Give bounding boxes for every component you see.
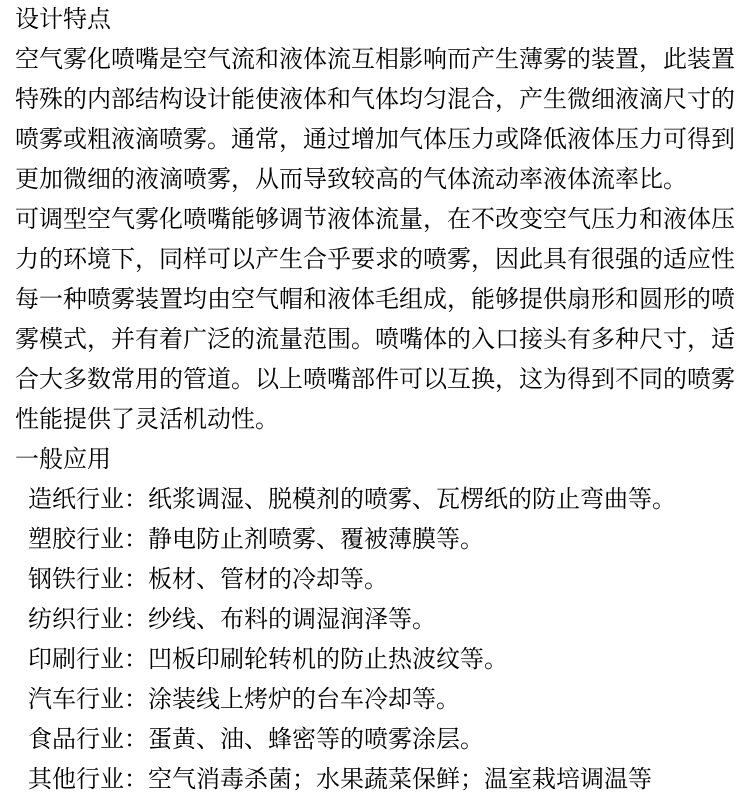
application-item-textile: 纺织行业：纱线、布料的调湿润泽等。 [15, 600, 740, 640]
heading-general-applications: 一般应用 [15, 440, 740, 480]
application-item-papermaking: 造纸行业：纸浆调湿、脱模剂的喷雾、瓦楞纸的防止弯曲等。 [15, 480, 740, 520]
paragraph-line: 每一种喷雾装置均由空气帽和液体毛组成，能够提供扇形和圆形的喷 [15, 280, 740, 320]
paragraph-line: 特殊的内部结构设计能使液体和气体均匀混合，产生微细液滴尺寸的 [15, 80, 740, 120]
application-item-automotive: 汽车行业：涂装线上烤炉的台车冷却等。 [15, 680, 740, 720]
application-item-food: 食品行业：蛋黄、油、蜂密等的喷雾涂层。 [15, 720, 740, 760]
application-item-plastics: 塑胶行业：静电防止剂喷雾、覆被薄膜等。 [15, 520, 740, 560]
document-body: 设计特点 空气雾化喷嘴是空气流和液体流互相影响而产生薄雾的装置，此装置 特殊的内… [0, 0, 750, 800]
paragraph-line: 力的环境下，同样可以产生合乎要求的喷雾，因此具有很强的适应性 [15, 240, 740, 280]
application-item-steel: 钢铁行业：板材、管材的冷却等。 [15, 560, 740, 600]
paragraph-line: 喷雾或粗液滴喷雾。通常，通过增加气体压力或降低液体压力可得到 [15, 120, 740, 160]
paragraph-line: 更加微细的液滴喷雾，从而导致较高的气体流动率液体流率比。 [15, 160, 740, 200]
heading-design-features: 设计特点 [15, 0, 740, 40]
paragraph-line: 可调型空气雾化喷嘴能够调节液体流量，在不改变空气压力和液体压 [15, 200, 740, 240]
paragraph-line: 空气雾化喷嘴是空气流和液体流互相影响而产生薄雾的装置，此装置 [15, 40, 740, 80]
paragraph-line: 雾模式，并有着广泛的流量范围。喷嘴体的入口接头有多种尺寸，适 [15, 320, 740, 360]
paragraph-line: 性能提供了灵活机动性。 [15, 400, 740, 440]
application-item-other: 其他行业：空气消毒杀菌；水果蔬菜保鲜；温室栽培调温等 [15, 760, 740, 800]
application-item-printing: 印刷行业：凹板印刷轮转机的防止热波纹等。 [15, 640, 740, 680]
paragraph-line: 合大多数常用的管道。以上喷嘴部件可以互换，这为得到不同的喷雾 [15, 360, 740, 400]
